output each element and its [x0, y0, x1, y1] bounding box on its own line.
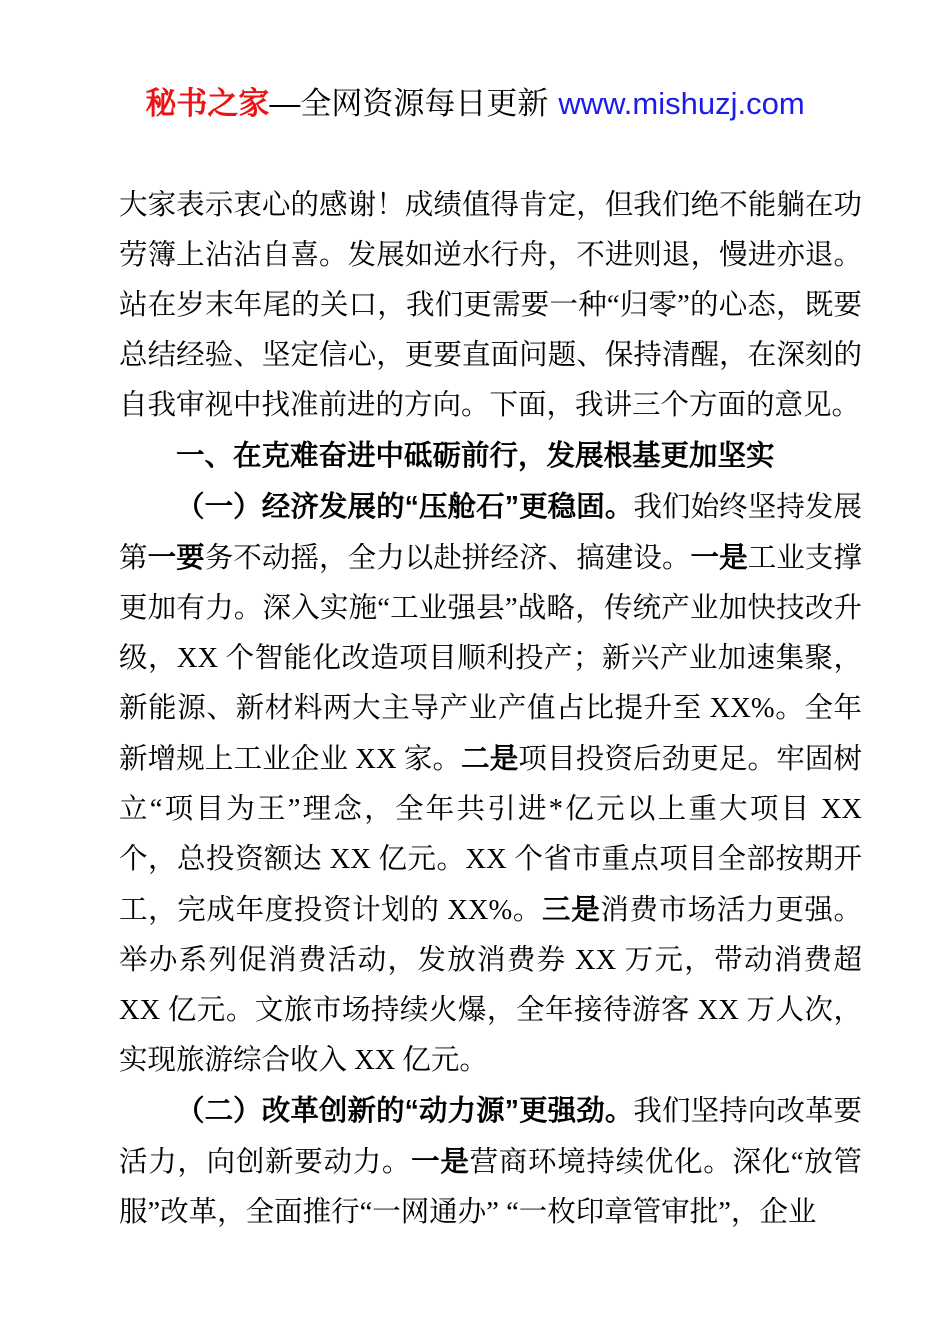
bold-text-run: 一是 [691, 542, 748, 574]
paragraph-1-2: （二）改革创新的“动力源”更强劲。我们坚持向改革要活力，向创新要动力。一是营商环… [119, 1086, 862, 1238]
paragraph-1-1: （一）经济发展的“压舱石”更稳固。我们始终坚持发展第一要务不动摇，全力以赴拼经济… [119, 482, 862, 1086]
bold-text-run: （二）改革创新的“动力源”更强劲。 [176, 1095, 633, 1127]
bold-text-run: （一）经济发展的“压舱石”更稳固。 [176, 491, 633, 523]
bold-text-run: 三是 [542, 894, 600, 926]
header-separator: — [269, 86, 300, 121]
document-body: 大家表示衷心的感谢！成绩值得肯定，但我们绝不能躺在功劳簿上沾沾自喜。发展如逆水行… [119, 181, 862, 1238]
page-header: 秘书之家—全网资源每日更新www.mishuzj.com [0, 0, 950, 122]
text-run: 务不动摇，全力以赴拼经济、搞建设。 [205, 543, 691, 574]
bold-text-run: 一、在克难奋进中砥砺前行，发展根基更加坚实 [176, 440, 775, 472]
paragraph-intro: 大家表示衷心的感谢！成绩值得肯定，但我们绝不能躺在功劳簿上沾沾自喜。发展如逆水行… [119, 181, 862, 431]
bold-text-run: 一是 [411, 1146, 469, 1178]
brand-name: 秘书之家 [145, 86, 269, 121]
bold-text-run: 二是 [461, 743, 518, 775]
document-page: 秘书之家—全网资源每日更新www.mishuzj.com 大家表示衷心的感谢！成… [0, 0, 950, 1344]
text-run: 工业支撑更加有力。深入实施“工业强县”战略，传统产业加快技改升级，XX 个智能化… [119, 543, 862, 775]
heading-section-1: 一、在克难奋进中砥砺前行，发展根基更加坚实 [119, 431, 862, 482]
bold-text-run: 一要 [148, 542, 205, 574]
header-url-link[interactable]: www.mishuzj.com [558, 86, 804, 121]
text-run: 大家表示衷心的感谢！成绩值得肯定，但我们绝不能躺在功劳簿上沾沾自喜。发展如逆水行… [119, 190, 862, 421]
header-tagline: 全网资源每日更新 [300, 86, 548, 121]
